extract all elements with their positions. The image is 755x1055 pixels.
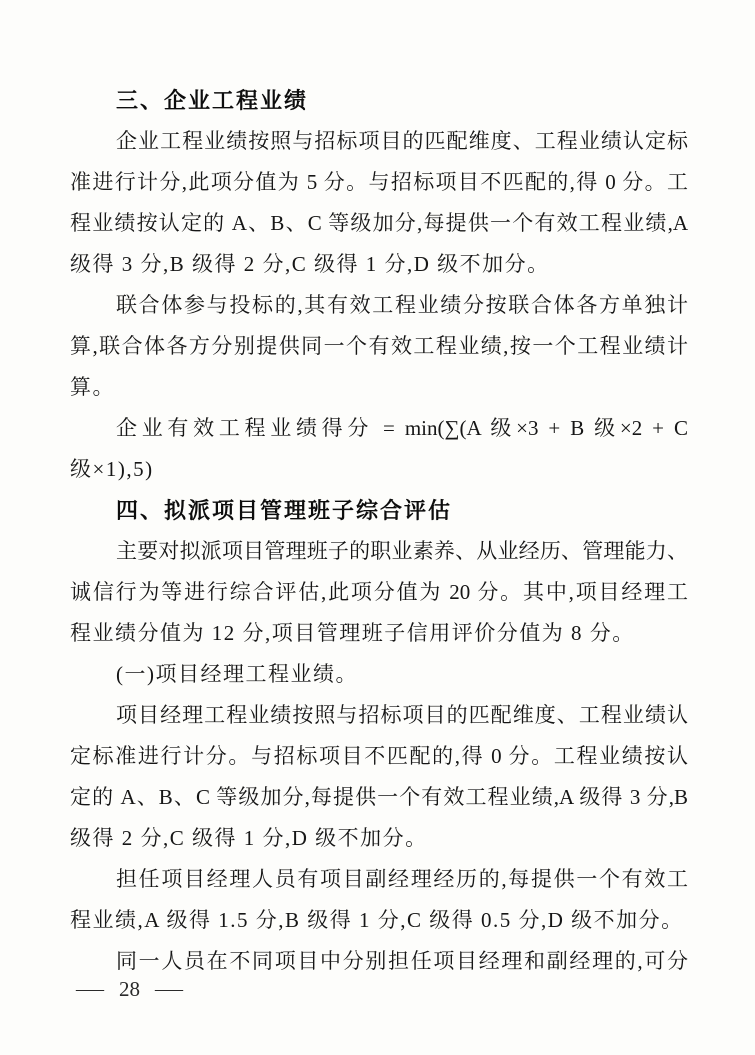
body-line: 主要对拟派项目管理班子的职业素养、从业经历、管理能力、 — [70, 531, 688, 572]
body-line: 定的 A、B、C 等级加分,每提供一个有效工程业绩,A 级得 3 分,B — [70, 777, 688, 818]
body-line: 算。 — [70, 367, 688, 408]
subsection-heading: (一)项目经理工程业绩。 — [70, 654, 688, 695]
body-line: 诚信行为等进行综合评估,此项分值为 20 分。其中,项目经理工 — [70, 572, 688, 613]
body-line: 担任项目经理人员有项目副经理经历的,每提供一个有效工 — [70, 859, 688, 900]
body-line: 联合体参与投标的,其有效工程业绩分按联合体各方单独计 — [70, 285, 688, 326]
body-line: 准进行计分,此项分值为 5 分。与招标项目不匹配的,得 0 分。工 — [70, 162, 688, 203]
body-line: 项目经理工程业绩按照与招标项目的匹配维度、工程业绩认 — [70, 695, 688, 736]
section-heading-3: 三、企业工程业绩 — [70, 80, 688, 121]
document-page: 三、企业工程业绩 企业工程业绩按照与招标项目的匹配维度、工程业绩认定标 准进行计… — [0, 0, 755, 1055]
body-line: 程业绩按认定的 A、B、C 等级加分,每提供一个有效工程业绩,A — [70, 203, 688, 244]
formula-line: 企业有效工程业绩得分 = min(∑(A 级×3 + B 级×2 + C — [70, 408, 688, 449]
footer-dash-left: — — [76, 978, 104, 1001]
page-footer: — 28 — — [80, 976, 179, 1002]
body-line: 程业绩分值为 12 分,项目管理班子信用评价分值为 8 分。 — [70, 613, 688, 654]
body-line: 级得 3 分,B 级得 2 分,C 级得 1 分,D 级不加分。 — [70, 244, 688, 285]
body-line: 程业绩,A 级得 1.5 分,B 级得 1 分,C 级得 0.5 分,D 级不加… — [70, 900, 688, 941]
section-heading-4: 四、拟派项目管理班子综合评估 — [70, 490, 688, 531]
body-line: 定标准进行计分。与招标项目不匹配的,得 0 分。工程业绩按认 — [70, 736, 688, 777]
document-body: 三、企业工程业绩 企业工程业绩按照与招标项目的匹配维度、工程业绩认定标 准进行计… — [70, 80, 688, 982]
footer-page-number: 28 — [119, 977, 140, 1002]
formula-line: 级×1),5) — [70, 449, 688, 490]
footer-dash-right: — — [155, 978, 183, 1001]
body-line: 企业工程业绩按照与招标项目的匹配维度、工程业绩认定标 — [70, 121, 688, 162]
body-line: 级得 2 分,C 级得 1 分,D 级不加分。 — [70, 818, 688, 859]
body-line: 算,联合体各方分别提供同一个有效工程业绩,按一个工程业绩计 — [70, 326, 688, 367]
